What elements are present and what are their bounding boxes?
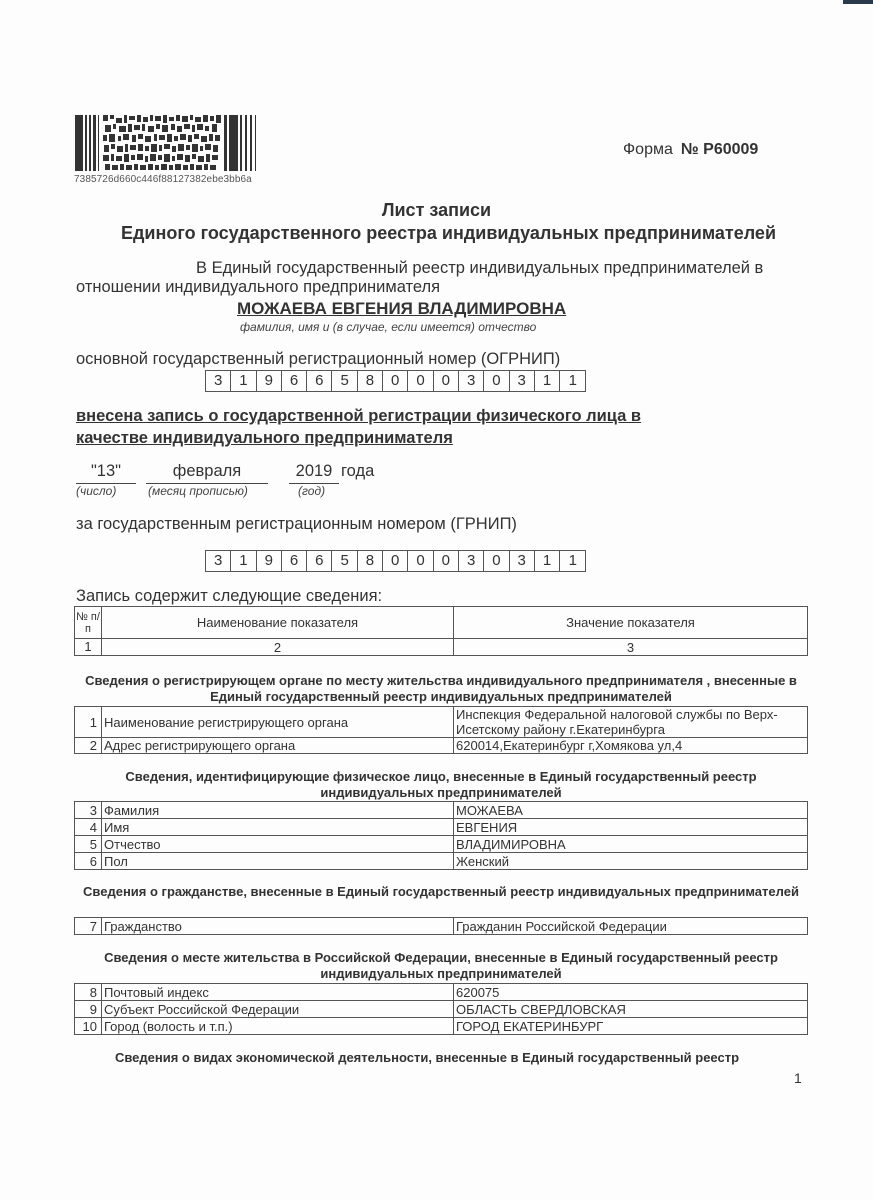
document-title: Лист записи [0,200,873,221]
table-row: 4 Имя ЕВГЕНИЯ [75,819,808,836]
table-row: 2 Адрес регистрирующего органа 620014,Ек… [75,738,808,754]
row-name: Субъект Российской Федерации [102,1001,454,1018]
grnip-digit: 5 [332,551,357,571]
table-row: 7 Гражданство Гражданин Российской Федер… [75,918,808,935]
col-value-index: 3 [454,639,808,656]
row-name: Пол [102,853,454,870]
residence-table: 8 Почтовый индекс 620075 9 Субъект Росси… [74,983,808,1035]
grnip-digit: 6 [282,551,307,571]
row-name: Наименование регистрирующего органа [102,707,454,738]
ogrnip-digit: 1 [231,371,256,391]
section-title-person-identification: Сведения, идентифицирующие физическое ли… [74,769,808,801]
row-name: Адрес регистрирующего органа [102,738,454,754]
person-identification-table: 3 Фамилия МОЖАЕВА 4 Имя ЕВГЕНИЯ 5 Отчест… [74,801,808,870]
row-name: Отчество [102,836,454,853]
entry-line-1: внесена запись о государственной регистр… [76,405,641,427]
intro-text: В Единый государственный реестр индивиду… [76,259,836,297]
section-title-economic-activity: Сведения о видах экономической деятельно… [60,1050,794,1066]
grnip-label: за государственным регистрационным номер… [76,515,517,534]
ogrnip-digit: 0 [434,371,459,391]
row-value: ОБЛАСТЬ СВЕРДЛОВСКАЯ [454,1001,808,1018]
contains-label: Запись содержит следующие сведения: [76,587,382,606]
date-day: "13" [76,462,136,484]
row-value: МОЖАЕВА [454,802,808,819]
col-name-index: 2 [102,639,454,656]
row-name: Имя [102,819,454,836]
ogrnip-digit: 8 [358,371,383,391]
grnip-digit: 1 [535,551,560,571]
form-number: Форма№ Р60009 [623,141,758,159]
grnip-digit: 3 [459,551,484,571]
grnip-digit: 3 [206,551,231,571]
section-title-citizenship: Сведения о гражданстве, внесенные в Един… [74,884,808,900]
row-value: 620075 [454,984,808,1001]
row-value: ГОРОД ЕКАТЕРИНБУРГ [454,1018,808,1035]
row-name: Фамилия [102,802,454,819]
row-number: 2 [75,738,102,754]
form-label: Форма [623,141,673,158]
grnip-digit: 0 [484,551,509,571]
row-number: 7 [75,918,102,935]
date-year-word: года [341,462,374,481]
ogrnip-digit: 0 [484,371,509,391]
grnip-digit: 0 [383,551,408,571]
row-value: ЕВГЕНИЯ [454,819,808,836]
row-number: 10 [75,1018,102,1035]
entrepreneur-full-name: МОЖАЕВА ЕВГЕНИЯ ВЛАДИМИРОВНА [237,299,566,319]
row-number: 3 [75,802,102,819]
pdf417-barcode-icon [74,113,264,173]
grnip-digit: 1 [560,551,585,571]
grnip-digit: 6 [307,551,332,571]
entry-description: внесена запись о государственной регистр… [76,405,641,449]
date-year-caption: (год) [298,484,325,498]
grnip-digit: 8 [358,551,383,571]
row-number: 8 [75,984,102,1001]
date-month-caption: (месяц прописью) [148,484,248,498]
row-number: 1 [75,707,102,738]
table-row: 3 Фамилия МОЖАЕВА [75,802,808,819]
col-value-header: Значение показателя [454,607,808,639]
row-name: Город (волость и т.п.) [102,1018,454,1035]
row-name: Гражданство [102,918,454,935]
ogrnip-digit: 1 [560,371,585,391]
table-row: 10 Город (волость и т.п.) ГОРОД ЕКАТЕРИН… [75,1018,808,1035]
table-row: 5 Отчество ВЛАДИМИРОВНА [75,836,808,853]
date-month: февраля [146,462,268,484]
grnip-digit: 3 [510,551,535,571]
ogrnip-digit: 0 [408,371,433,391]
intro-line-2: отношении индивидуального предпринимател… [76,278,440,296]
date-day-caption: (число) [76,484,116,498]
ogrnip-digit: 0 [383,371,408,391]
ogrnip-digit: 3 [510,371,535,391]
barcode-text: 7385726d660c446f88127382ebe3bb6a [74,174,264,185]
ogrnip-digit: 6 [307,371,332,391]
ogrnip-digit: 5 [332,371,357,391]
intro-line-1: В Единый государственный реестр индивиду… [76,259,836,278]
row-value: Женский [454,853,808,870]
scan-corner-mark [843,0,873,4]
grnip-digit: 0 [408,551,433,571]
table-row: 9 Субъект Российской Федерации ОБЛАСТЬ С… [75,1001,808,1018]
date-year: 2019 [289,462,339,484]
row-number: 9 [75,1001,102,1018]
grnip-digits: 3 1 9 6 6 5 8 0 0 0 3 0 3 1 1 [205,550,586,572]
registering-authority-table: 1 Наименование регистрирующего органа Ин… [74,706,808,754]
table-row: 1 Наименование регистрирующего органа Ин… [75,707,808,738]
row-number: 5 [75,836,102,853]
section-title-registering-authority: Сведения о регистрирующем органе по мест… [74,673,808,705]
grnip-digit: 1 [231,551,256,571]
page-number: 1 [794,1070,802,1086]
ogrnip-digit: 3 [206,371,231,391]
col-number-header: № п/п [75,607,102,639]
entry-line-2: качестве индивидуального предпринимателя [76,427,641,449]
row-name: Почтовый индекс [102,984,454,1001]
grnip-digit: 0 [434,551,459,571]
row-number: 6 [75,853,102,870]
table-row: 6 Пол Женский [75,853,808,870]
grnip-digit: 9 [257,551,282,571]
col-number-index: 1 [75,639,102,656]
table-header: № п/п Наименование показателя Значение п… [74,606,808,656]
full-name-caption: фамилия, имя и (в случае, если имеется) … [240,320,536,334]
row-value: 620014,Екатеринбург г,Хомякова ул,4 [454,738,808,754]
ogrnip-digit: 9 [257,371,282,391]
citizenship-table: 7 Гражданство Гражданин Российской Федер… [74,917,808,935]
row-number: 4 [75,819,102,836]
ogrnip-digit: 6 [282,371,307,391]
col-name-header: Наименование показателя [102,607,454,639]
ogrnip-digit: 1 [535,371,560,391]
ogrnip-label: основной государственный регистрационный… [76,350,560,369]
row-value: Гражданин Российской Федерации [454,918,808,935]
table-row: 8 Почтовый индекс 620075 [75,984,808,1001]
document-subtitle: Единого государственного реестра индивид… [12,223,873,244]
section-title-residence: Сведения о месте жительства в Российской… [74,950,808,982]
form-code: № Р60009 [681,141,758,158]
barcode-block: 7385726d660c446f88127382ebe3bb6a [74,113,264,185]
row-value: ВЛАДИМИРОВНА [454,836,808,853]
ogrnip-digit: 3 [459,371,484,391]
row-value: Инспекция Федеральной налоговой службы п… [454,707,808,738]
ogrnip-digits: 3 1 9 6 6 5 8 0 0 0 3 0 3 1 1 [205,370,586,392]
entry-date: "13" февраля 2019 года (число) (месяц пр… [76,462,476,502]
